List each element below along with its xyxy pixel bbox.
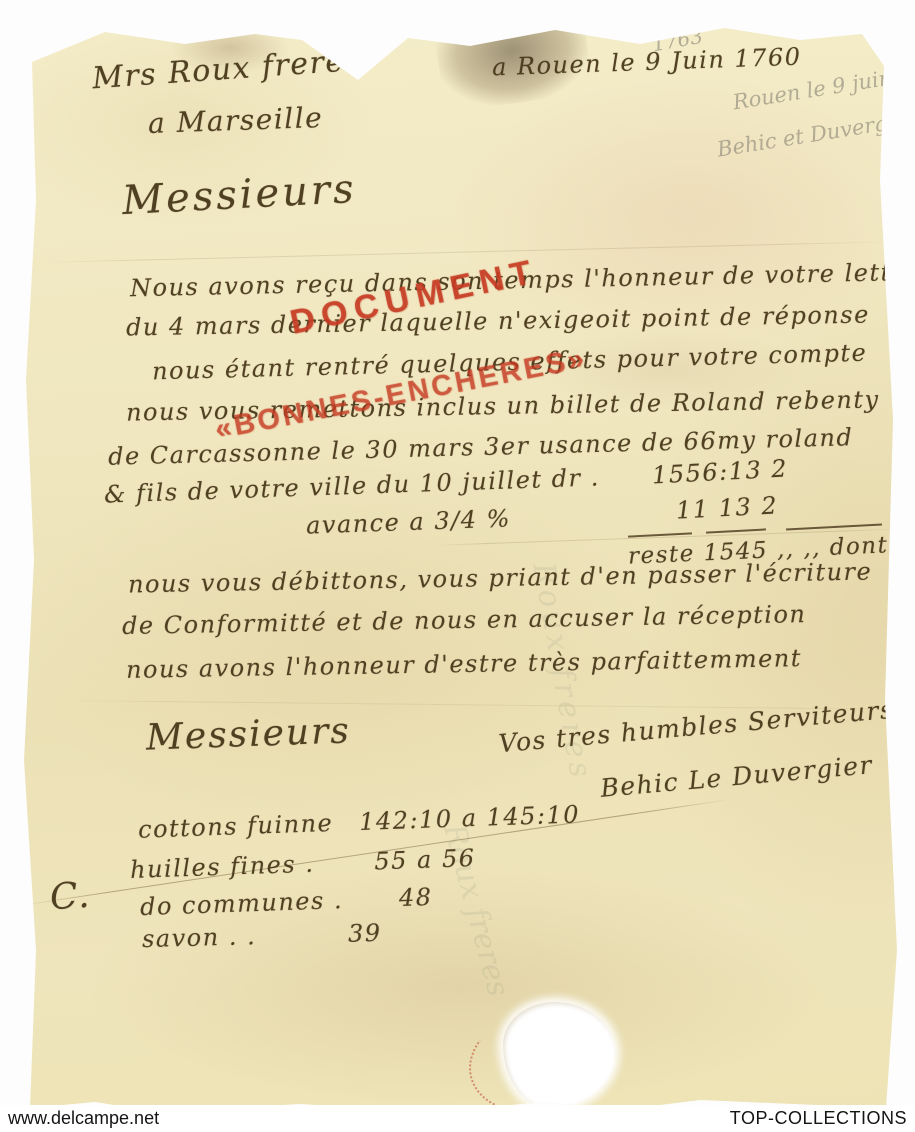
body-line: & fils de votre ville du 10 juillet dr . [104,463,601,508]
price-value: 48 [398,883,433,912]
signature-names: Behic Le Duvergier [599,750,874,803]
pencil-note-names: Behic et Duvergier [715,106,915,161]
dateline: a Rouen le 9 Juin 1760 [492,43,802,82]
closing-salutation: Messieurs [145,710,351,758]
torn-hole [503,1002,615,1108]
price-row: cottons fuinne142:10 a 145:10 [138,800,581,843]
body-line: du 4 mars dernier laquelle n'exigeoit po… [126,301,870,342]
amount-billed: 1556:13 2 [651,454,788,489]
watermark-footer: www.delcampe.net TOP-COLLECTIONS [0,1105,915,1132]
amount-advance: 11 13 2 [675,491,778,524]
pencil-note-place: Rouen le 9 juin [731,66,894,115]
body-line: avance a 3/4 % [306,504,512,539]
sum-rule [786,523,882,530]
sum-rule [706,528,766,533]
price-value: 142:10 a 145:10 [359,800,581,836]
body-line: nous avons l'honneur d'estre très parfai… [126,644,802,684]
price-item: huilles fines . [130,850,315,884]
price-value: 55 a 56 [374,844,476,876]
margin-mark: C. [49,875,92,919]
fold-crease [40,241,890,263]
footer-seller-name: TOP-COLLECTIONS [730,1108,915,1129]
body-line: de Conformitté et de nous en accuser la … [122,600,807,640]
sum-rule [628,532,692,537]
salutation: Messieurs [121,166,358,224]
price-row: do communes .48 [140,883,433,921]
recipient-city: a Marseille [147,101,323,140]
price-value: 39 [348,919,382,948]
price-row: huilles fines .55 a 56 [130,844,476,884]
scanned-letter-page: 1763 Rouen le 9 juin Behic et Duvergier … [0,0,915,1132]
footer-site-url: www.delcampe.net [0,1108,159,1129]
price-item: savon . . [142,922,257,953]
recipient-name: Mrs Roux freres [91,43,362,97]
price-item: cottons fuinne [138,809,334,844]
price-row: savon . .39 [142,919,382,953]
letter-paper: 1763 Rouen le 9 juin Behic et Duvergier … [0,0,915,1132]
price-item: do communes . [140,886,344,921]
